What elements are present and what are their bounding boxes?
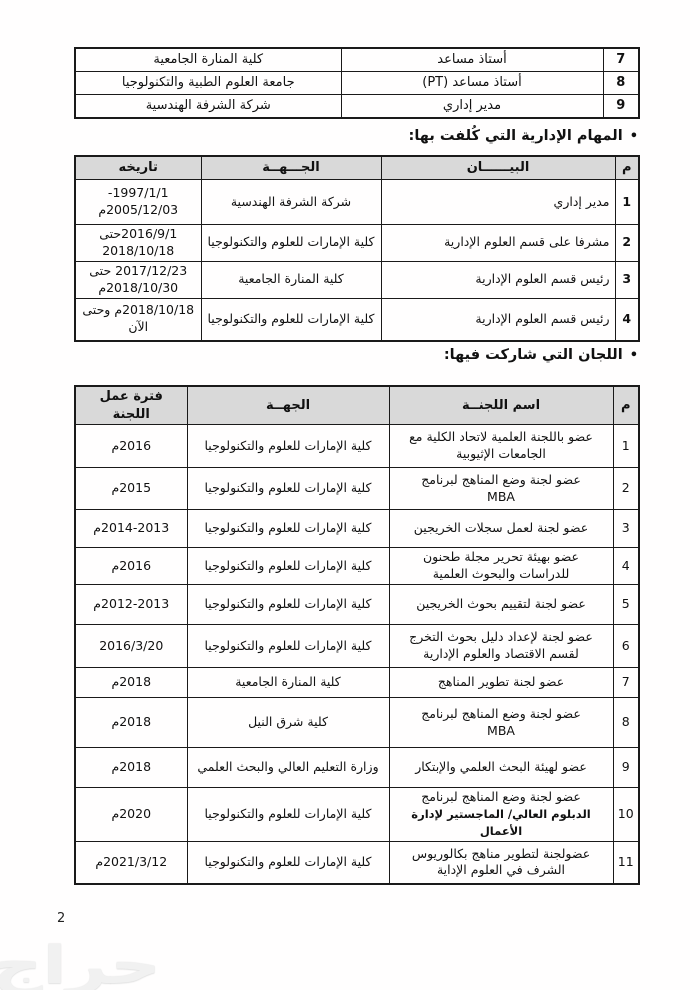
- committee-row-num: 2: [613, 468, 639, 510]
- committee-row-num: 7: [613, 668, 639, 698]
- previous-positions-tbody: 7أستاذ مساعدكلية المنارة الجامعية8أستاذ …: [75, 48, 639, 118]
- committee-entity: كلية الإمارات للعلوم والتكنولوجيا: [187, 425, 389, 468]
- committee-name: عضو لهيئة البحث العلمي والإبتكار: [389, 748, 613, 788]
- table-row: 4رئيس قسم العلوم الإداريةكلية الإمارات ل…: [75, 298, 639, 341]
- committee-name: عضو لجنة لإعداد دليل بحوث التخرج لقسم ال…: [389, 625, 613, 668]
- committee-name-bold-line: الدبلوم العالي/ الماجستير لإدارة الأعمال: [411, 807, 590, 838]
- task-row-num: 1: [615, 180, 639, 225]
- committee-row-num: 1: [613, 425, 639, 468]
- committee-row-num: 8: [613, 698, 639, 748]
- committee-entity: كلية الإمارات للعلوم والتكنولوجيا: [187, 788, 389, 842]
- table-row: 1مدير إداريشركة الشرفة الهندسية1997/1/1-…: [75, 180, 639, 225]
- committee-period: 2018م: [75, 668, 187, 698]
- committee-period: 2018م: [75, 748, 187, 788]
- committee-row-num: 10: [613, 788, 639, 842]
- committee-entity: كلية الإمارات للعلوم والتكنولوجيا: [187, 548, 389, 585]
- committees-heading-text: اللجان التي شاركت فيها:: [444, 347, 623, 363]
- committee-entity: كلية شرق النيل: [187, 698, 389, 748]
- profile-row-num: 9: [603, 95, 639, 119]
- table-row: 6عضو لجنة لإعداد دليل بحوث التخرج لقسم ا…: [75, 625, 639, 668]
- tasks-col-date: تاريخه: [75, 156, 201, 180]
- task-date: 2016/9/1حتى 2018/10/18: [75, 225, 201, 262]
- committees-col-name: اسم اللجنــة: [389, 386, 613, 425]
- table-row: 9مدير إداريشركة الشرفة الهندسية: [75, 95, 639, 119]
- table-row: 2مشرفا على قسم العلوم الإداريةكلية الإما…: [75, 225, 639, 262]
- task-statement: رئيس قسم العلوم الإدارية: [381, 298, 615, 341]
- table-row: 3رئيس قسم العلوم الإداريةكلية المنارة ال…: [75, 261, 639, 298]
- committee-entity: كلية المنارة الجامعية: [187, 668, 389, 698]
- committees-header-row: م اسم اللجنــة الجهــة فترة عمل اللجنة: [75, 386, 639, 425]
- committee-period: 2021/3/12م: [75, 841, 187, 884]
- task-statement: مدير إداري: [381, 180, 615, 225]
- tasks-col-num: م: [615, 156, 639, 180]
- document-page: 7أستاذ مساعدكلية المنارة الجامعية8أستاذ …: [0, 0, 700, 990]
- table-row: 7عضو لجنة تطوير المناهجكلية المنارة الجا…: [75, 668, 639, 698]
- table-row: 5عضو لجنة لتقييم بحوث الخريجينكلية الإما…: [75, 585, 639, 625]
- tasks-table: م البيــــــان الجـــهــة تاريخه 1مدير إ…: [74, 155, 640, 342]
- bullet-icon: •: [630, 348, 638, 363]
- committee-period: 2014-2013م: [75, 510, 187, 548]
- task-date: 2018/10/18م وحتى الآن: [75, 298, 201, 341]
- tasks-section-heading: •المهام الإدارية التي كُلفت بها:: [409, 128, 638, 144]
- committee-period: 2012-2013م: [75, 585, 187, 625]
- table-row: 10عضو لجنة وضع المناهج لبرنامجالدبلوم ال…: [75, 788, 639, 842]
- tasks-tbody: 1مدير إداريشركة الشرفة الهندسية1997/1/1-…: [75, 180, 639, 342]
- committee-row-num: 5: [613, 585, 639, 625]
- table-row: 9عضو لهيئة البحث العلمي والإبتكاروزارة ا…: [75, 748, 639, 788]
- profile-entity: كلية المنارة الجامعية: [75, 48, 341, 72]
- table-row: 11عضولجنة لتطوير مناهج بكالوريوس الشرف ف…: [75, 841, 639, 884]
- table-row: 7أستاذ مساعدكلية المنارة الجامعية: [75, 48, 639, 72]
- task-date: 1997/1/1- 2005/12/03م: [75, 180, 201, 225]
- committee-entity: كلية الإمارات للعلوم والتكنولوجيا: [187, 841, 389, 884]
- profile-row-num: 8: [603, 72, 639, 95]
- table-row: 8عضو لجنة وضع المناهج لبرنامج MBAكلية شر…: [75, 698, 639, 748]
- committee-name: عضو لجنة وضع المناهج لبرنامجالدبلوم العا…: [389, 788, 613, 842]
- committee-period: 2020م: [75, 788, 187, 842]
- profile-position: مدير إداري: [341, 95, 603, 119]
- task-row-num: 4: [615, 298, 639, 341]
- committee-row-num: 6: [613, 625, 639, 668]
- committee-period: 2016م: [75, 425, 187, 468]
- haraj-watermark-logo: حراج: [0, 936, 161, 990]
- task-row-num: 3: [615, 261, 639, 298]
- committees-tbody: 1عضو باللجنة العلمية لاتحاد الكلية مع ال…: [75, 425, 639, 885]
- committee-name: عضو لجنة لتقييم بحوث الخريجين: [389, 585, 613, 625]
- committee-name: عضو لجنة وضع المناهج لبرنامج MBA: [389, 698, 613, 748]
- committees-section-heading: •اللجان التي شاركت فيها:: [444, 347, 638, 363]
- task-entity: شركة الشرفة الهندسية: [201, 180, 381, 225]
- profile-position: أستاذ مساعد: [341, 48, 603, 72]
- committees-col-num: م: [613, 386, 639, 425]
- bullet-icon: •: [630, 129, 638, 144]
- committee-period: 2016/3/20: [75, 625, 187, 668]
- page-number: 2: [57, 911, 65, 926]
- committee-row-num: 11: [613, 841, 639, 884]
- committee-name: عضو لجنة تطوير المناهج: [389, 668, 613, 698]
- committees-col-period: فترة عمل اللجنة: [75, 386, 187, 425]
- committee-entity: كلية الإمارات للعلوم والتكنولوجيا: [187, 585, 389, 625]
- committees-col-entity: الجهــة: [187, 386, 389, 425]
- profile-entity: جامعة العلوم الطبية والتكنولوجيا: [75, 72, 341, 95]
- table-row: 4عضو بهيئة تحرير مجلة طحنون للدراسات وال…: [75, 548, 639, 585]
- committee-name: عضو بهيئة تحرير مجلة طحنون للدراسات والب…: [389, 548, 613, 585]
- committee-name: عضو لجنة وضع المناهج لبرنامج MBA: [389, 468, 613, 510]
- committee-row-num: 3: [613, 510, 639, 548]
- profile-position: أستاذ مساعد (PT): [341, 72, 603, 95]
- task-statement: رئيس قسم العلوم الإدارية: [381, 261, 615, 298]
- tasks-col-entity: الجـــهــة: [201, 156, 381, 180]
- task-entity: كلية الإمارات للعلوم والتكنولوجيا: [201, 225, 381, 262]
- committee-entity: كلية الإمارات للعلوم والتكنولوجيا: [187, 468, 389, 510]
- committee-row-num: 4: [613, 548, 639, 585]
- table-row: 8أستاذ مساعد (PT)جامعة العلوم الطبية وال…: [75, 72, 639, 95]
- committee-period: 2015م: [75, 468, 187, 510]
- task-date: 2017/12/23 حتى 2018/10/30م: [75, 261, 201, 298]
- tasks-header-row: م البيــــــان الجـــهــة تاريخه: [75, 156, 639, 180]
- committee-period: 2018م: [75, 698, 187, 748]
- committees-table: م اسم اللجنــة الجهــة فترة عمل اللجنة 1…: [74, 385, 640, 885]
- committee-entity: وزارة التعليم العالي والبحث العلمي: [187, 748, 389, 788]
- committee-name: عضولجنة لتطوير مناهج بكالوريوس الشرف في …: [389, 841, 613, 884]
- committee-name: عضو باللجنة العلمية لاتحاد الكلية مع الج…: [389, 425, 613, 468]
- table-row: 2عضو لجنة وضع المناهج لبرنامج MBAكلية ال…: [75, 468, 639, 510]
- committee-entity: كلية الإمارات للعلوم والتكنولوجيا: [187, 625, 389, 668]
- committee-name: عضو لجنة لعمل سجلات الخريجين: [389, 510, 613, 548]
- committee-entity: كلية الإمارات للعلوم والتكنولوجيا: [187, 510, 389, 548]
- previous-positions-table: 7أستاذ مساعدكلية المنارة الجامعية8أستاذ …: [74, 47, 640, 119]
- tasks-heading-text: المهام الإدارية التي كُلفت بها:: [409, 128, 623, 144]
- table-row: 3عضو لجنة لعمل سجلات الخريجينكلية الإمار…: [75, 510, 639, 548]
- table-row: 1عضو باللجنة العلمية لاتحاد الكلية مع ال…: [75, 425, 639, 468]
- task-row-num: 2: [615, 225, 639, 262]
- tasks-col-statement: البيــــــان: [381, 156, 615, 180]
- committee-row-num: 9: [613, 748, 639, 788]
- profile-entity: شركة الشرفة الهندسية: [75, 95, 341, 119]
- profile-row-num: 7: [603, 48, 639, 72]
- task-entity: كلية المنارة الجامعية: [201, 261, 381, 298]
- committee-period: 2016م: [75, 548, 187, 585]
- task-entity: كلية الإمارات للعلوم والتكنولوجيا: [201, 298, 381, 341]
- task-statement: مشرفا على قسم العلوم الإدارية: [381, 225, 615, 262]
